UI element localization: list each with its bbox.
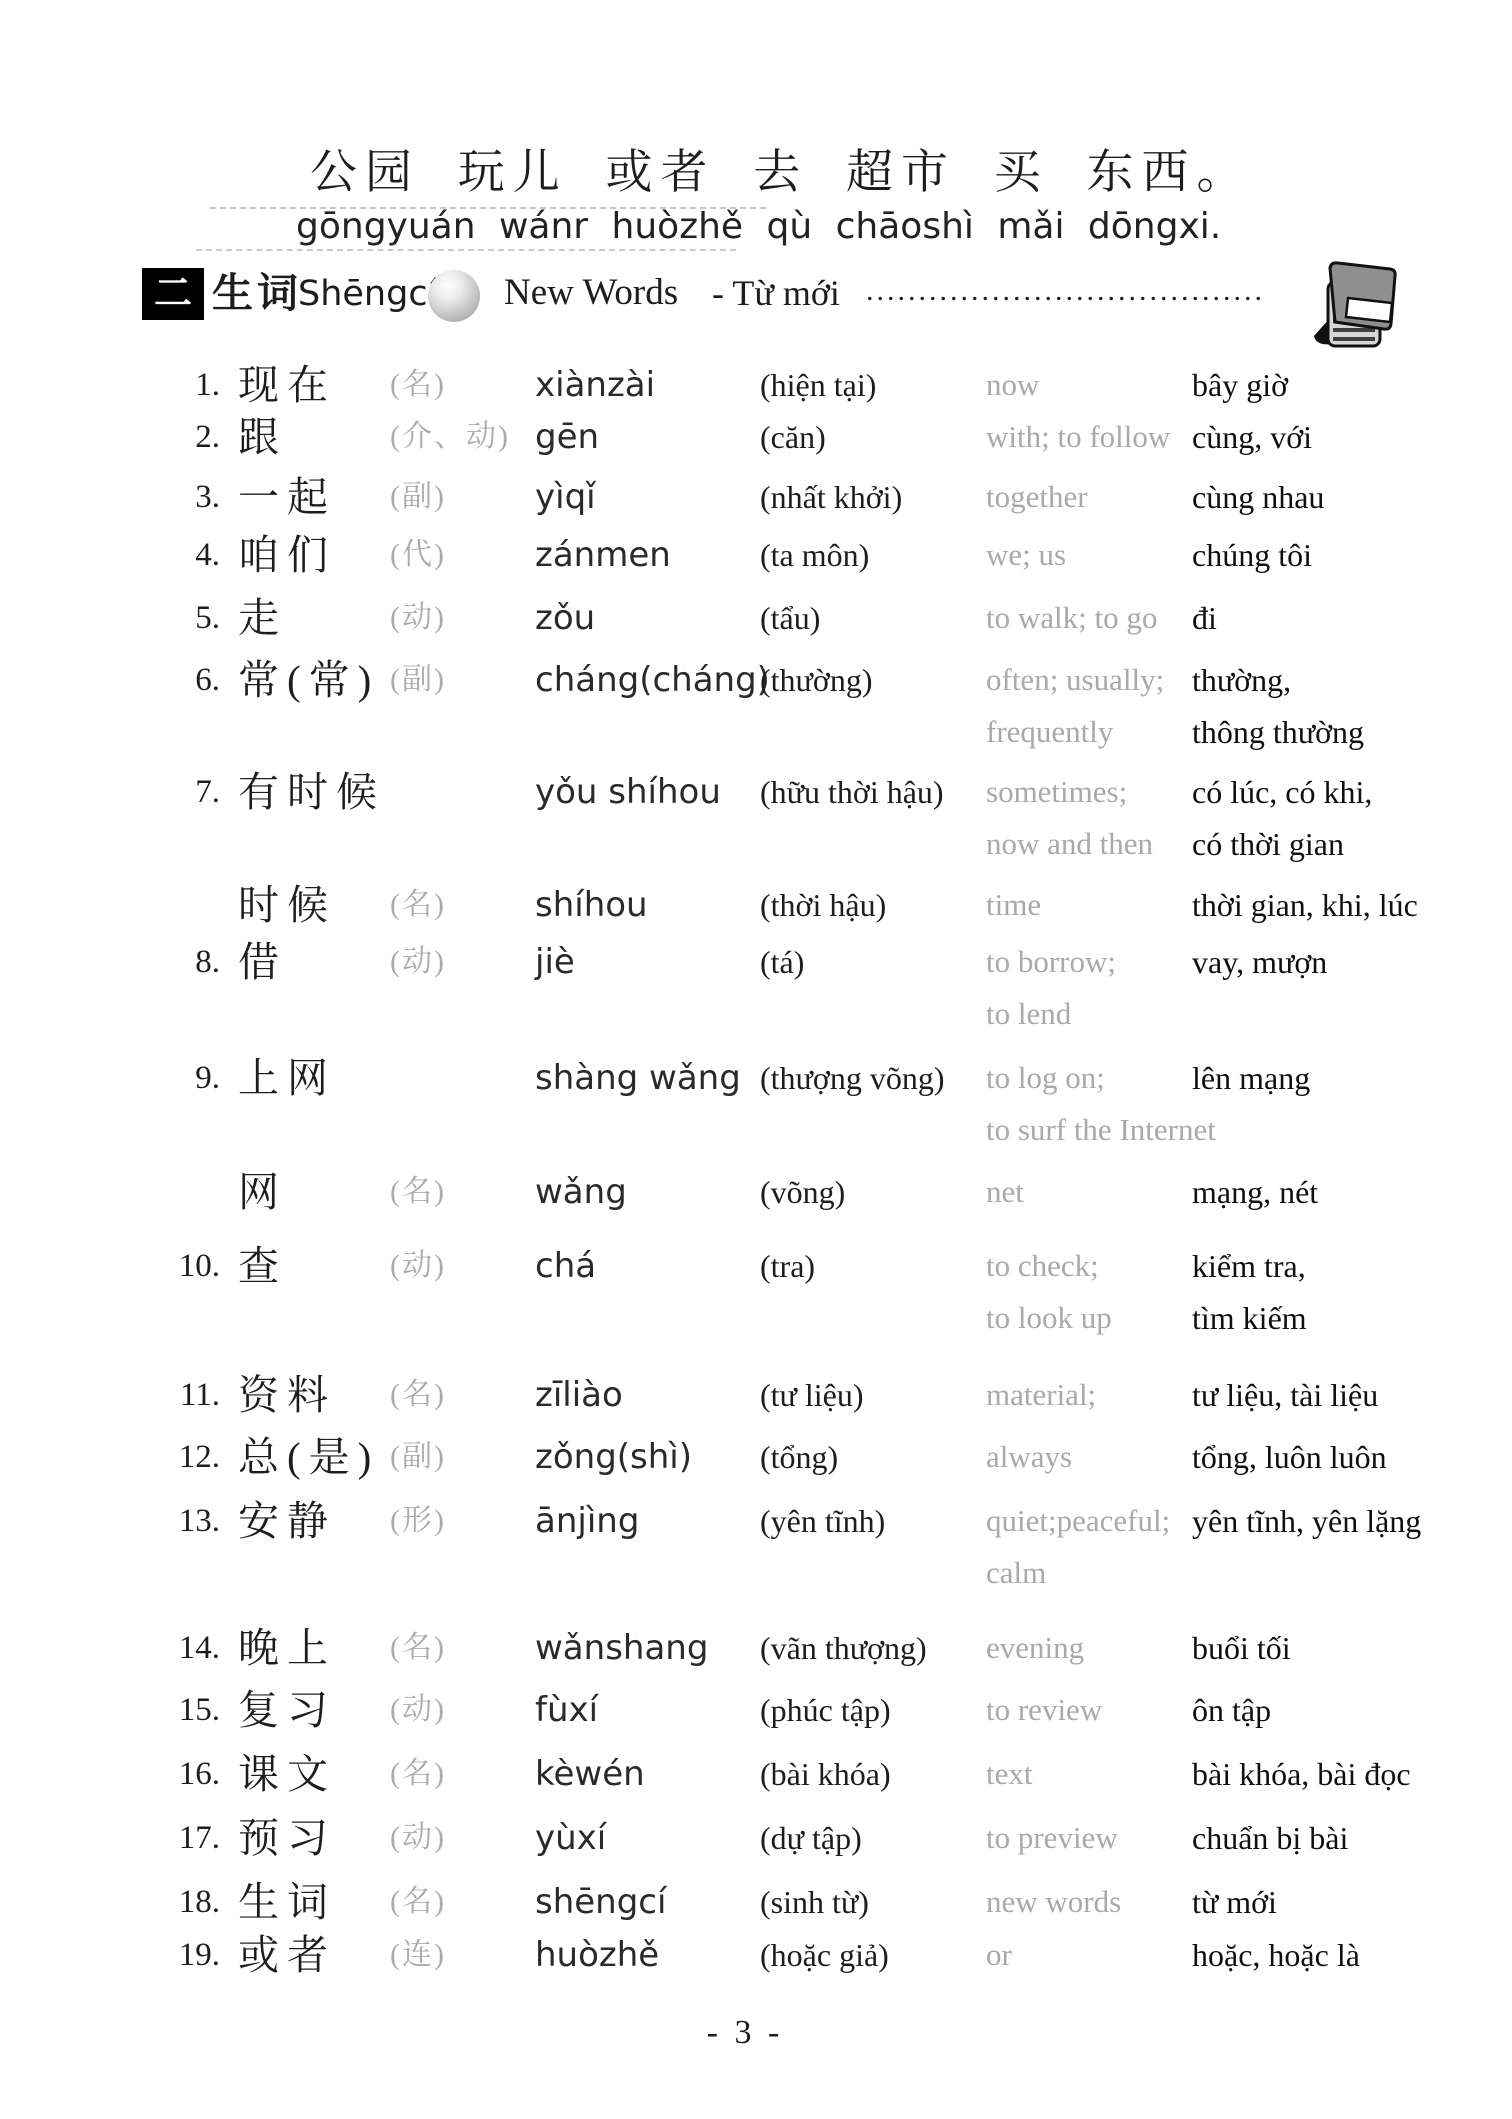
row-number: 13. [140, 1495, 220, 1547]
section-title-english: New Words [504, 268, 678, 320]
vocab-row: 15. 复习 (动) fùxí (phúc tập) to review ôn … [0, 1684, 1512, 1736]
row-vietnamese: yên tĩnh, yên lặng [1192, 1495, 1421, 1547]
row-vietnamese: thời gian, khi, lúc [1192, 879, 1418, 931]
row-sino-viet: (tá) [760, 936, 804, 988]
textbook-page: 公园 玩儿 或者 去 超市 买 东西。 gōngyuán wánr huòzhě… [0, 0, 1512, 2119]
row-pos: (名) [390, 1748, 446, 1800]
row-sino-viet: (hoặc giả) [760, 1929, 889, 1981]
row-pinyin: zǒng(shì) [535, 1431, 692, 1483]
row-english: with; to follow [986, 411, 1170, 463]
vocab-row: 11. 资料 (名) zīliào (tư liệu) material; tư… [0, 1369, 1512, 1421]
vocab-row: 5. 走 (动) zǒu (tẩu) to walk; to go đi [0, 592, 1512, 644]
row-sino-viet: (thượng võng) [760, 1052, 944, 1104]
flipchart-notepad-icon [1304, 260, 1404, 354]
row-hanzi: 跟 [238, 411, 287, 463]
row-pos: (名) [390, 1622, 446, 1674]
row-number: 8. [140, 936, 220, 988]
row-number: 19. [140, 1929, 220, 1981]
row-number: 12. [140, 1431, 220, 1483]
row-vietnamese: bây giờ [1192, 359, 1288, 411]
row-hanzi: 常(常) [238, 654, 379, 706]
row-pinyin: yǒu shíhou [535, 766, 721, 818]
vocab-row: 2. 跟 (介、动) gēn (căn) with; to follow cùn… [0, 411, 1512, 463]
row-number: 18. [140, 1876, 220, 1928]
row-vietnamese: buổi tối [1192, 1622, 1291, 1674]
row-hanzi: 生词 [238, 1876, 336, 1928]
row-hanzi: 预习 [238, 1812, 336, 1864]
row-hanzi: 一起 [238, 471, 336, 523]
row-sino-viet: (phúc tập) [760, 1684, 891, 1736]
row-english: to walk; to go [986, 592, 1157, 644]
row-sino-viet: (tẩu) [760, 592, 820, 644]
vocab-subrow: 时候 (名) shíhou (thời hậu) time thời gian,… [0, 879, 1512, 931]
vocab-row: 10. 查 (动) chá (tra) to check;to look up … [0, 1240, 1512, 1292]
row-pinyin: yùxí [535, 1812, 606, 1864]
row-number: 6. [140, 654, 220, 706]
row-english: or [986, 1929, 1012, 1981]
row-pinyin: fùxí [535, 1684, 598, 1736]
row-pos: (动) [390, 1240, 446, 1292]
row-vietnamese: mạng, nét [1192, 1166, 1318, 1218]
row-pos: (代) [390, 529, 446, 581]
row-hanzi: 或者 [238, 1929, 336, 1981]
row-vietnamese: hoặc, hoặc là [1192, 1929, 1360, 1981]
row-pos: (副) [390, 654, 446, 706]
vocab-row: 3. 一起 (副) yìqǐ (nhất khởi) together cùng… [0, 471, 1512, 523]
row-sino-viet: (sinh từ) [760, 1876, 869, 1928]
row-pinyin: huòzhě [535, 1929, 659, 1981]
row-hanzi: 总(是) [238, 1431, 379, 1483]
row-pos: (介、动) [390, 411, 510, 463]
vocab-row: 8. 借 (动) jiè (tá) to borrow;to lend vay,… [0, 936, 1512, 988]
row-pos: (名) [390, 359, 446, 411]
row-vietnamese: đi [1192, 592, 1217, 644]
row-vietnamese: có lúc, có khi,có thời gian [1192, 766, 1372, 870]
row-number: 11. [140, 1369, 220, 1421]
row-vietnamese: ôn tập [1192, 1684, 1271, 1736]
row-english: quiet;peaceful;calm [986, 1495, 1170, 1599]
example-sentence-pinyin: gōngyuán wánr huòzhě qù chāoshì mǎi dōng… [296, 202, 1221, 252]
row-english: to check;to look up [986, 1240, 1112, 1344]
vocab-row: 18. 生词 (名) shēngcí (sinh từ) new words t… [0, 1876, 1512, 1928]
row-sino-viet: (bài khóa) [760, 1748, 891, 1800]
vocab-row: 14. 晚上 (名) wǎnshang (vãn thượng) evening… [0, 1622, 1512, 1674]
row-number: 15. [140, 1684, 220, 1736]
row-hanzi: 走 [238, 592, 287, 644]
row-vietnamese: tổng, luôn luôn [1192, 1431, 1387, 1483]
row-sino-viet: (dự tập) [760, 1812, 862, 1864]
vocab-row: 7. 有时候 yǒu shíhou (hữu thời hậu) sometim… [0, 766, 1512, 818]
row-hanzi: 借 [238, 936, 287, 988]
row-sino-viet: (ta môn) [760, 529, 869, 581]
row-sino-viet: (thời hậu) [760, 879, 886, 931]
row-sino-viet: (yên tĩnh) [760, 1495, 885, 1547]
row-number: 3. [140, 471, 220, 523]
row-pinyin: shíhou [535, 879, 648, 931]
row-sino-viet: (nhất khởi) [760, 471, 902, 523]
row-vietnamese: chúng tôi [1192, 529, 1312, 581]
section-title-hanzi: 生词 [212, 268, 302, 320]
row-hanzi: 时候 [238, 879, 336, 931]
row-vietnamese: kiểm tra,tìm kiếm [1192, 1240, 1307, 1344]
row-pos: (名) [390, 1166, 446, 1218]
row-sino-viet: (thường) [760, 654, 872, 706]
row-hanzi: 安静 [238, 1495, 336, 1547]
row-english: time [986, 879, 1041, 931]
row-hanzi: 咱们 [238, 529, 336, 581]
dotted-leader: ...................................... [866, 268, 1265, 320]
vocab-row: 6. 常(常) (副) cháng(cháng) (thường) often;… [0, 654, 1512, 706]
row-pinyin: zánmen [535, 529, 671, 581]
row-sino-viet: (hữu thời hậu) [760, 766, 944, 818]
vocab-row: 17. 预习 (动) yùxí (dự tập) to preview chuẩ… [0, 1812, 1512, 1864]
row-vietnamese: vay, mượn [1192, 936, 1327, 988]
vocab-row: 9. 上网 shàng wǎng (thượng võng) to log on… [0, 1052, 1512, 1104]
row-vietnamese: từ mới [1192, 1876, 1277, 1928]
vocab-row: 19. 或者 (连) huòzhě (hoặc giả) or hoặc, ho… [0, 1929, 1512, 1981]
row-pinyin: cháng(cháng) [535, 654, 770, 706]
row-english: sometimes;now and then [986, 766, 1153, 870]
row-vietnamese: bài khóa, bài đọc [1192, 1748, 1411, 1800]
row-pos: (名) [390, 1876, 446, 1928]
row-pinyin: ānjìng [535, 1495, 639, 1547]
row-sino-viet: (căn) [760, 411, 826, 463]
row-english: to log on;to surf the Internet [986, 1052, 1216, 1156]
row-sino-viet: (tra) [760, 1240, 815, 1292]
row-vietnamese: thường,thông thường [1192, 654, 1364, 758]
row-hanzi: 上网 [238, 1052, 336, 1104]
row-sino-viet: (võng) [760, 1166, 845, 1218]
row-pinyin: jiè [535, 936, 575, 988]
row-pos: (形) [390, 1495, 446, 1547]
row-number: 10. [140, 1240, 220, 1292]
row-english: now [986, 359, 1039, 411]
section-number-badge: 二 [142, 268, 204, 320]
row-number: 4. [140, 529, 220, 581]
row-hanzi: 晚上 [238, 1622, 336, 1674]
row-english: evening [986, 1622, 1084, 1674]
row-pinyin: shàng wǎng [535, 1052, 741, 1104]
row-sino-viet: (hiện tại) [760, 359, 876, 411]
row-pos: (动) [390, 1684, 446, 1736]
row-pinyin: zīliào [535, 1369, 623, 1421]
row-number: 1. [140, 359, 220, 411]
row-hanzi: 课文 [238, 1748, 336, 1800]
vocab-row: 12. 总(是) (副) zǒng(shì) (tổng) always tổn… [0, 1431, 1512, 1483]
row-vietnamese: cùng nhau [1192, 471, 1324, 523]
row-pos: (连) [390, 1929, 446, 1981]
row-english: often; usually;frequently [986, 654, 1164, 758]
row-pinyin: chá [535, 1240, 596, 1292]
row-vietnamese: tư liệu, tài liệu [1192, 1369, 1378, 1421]
row-pinyin: shēngcí [535, 1876, 666, 1928]
row-hanzi: 网 [238, 1166, 287, 1218]
row-english: material; [986, 1369, 1096, 1421]
row-vietnamese: cùng, với [1192, 411, 1312, 463]
example-sentence-hanzi: 公园 玩儿 或者 去 超市 买 东西。 [310, 144, 1252, 202]
row-english: we; us [986, 529, 1066, 581]
row-number: 9. [140, 1052, 220, 1104]
row-number: 7. [140, 766, 220, 818]
row-sino-viet: (tổng) [760, 1431, 838, 1483]
row-pos: (名) [390, 1369, 446, 1421]
row-english: net [986, 1166, 1024, 1218]
row-english: always [986, 1431, 1072, 1483]
row-english: to preview [986, 1812, 1118, 1864]
row-english: text [986, 1748, 1033, 1800]
row-hanzi: 有时候 [238, 766, 385, 818]
row-pos: (副) [390, 471, 446, 523]
row-vietnamese: chuẩn bị bài [1192, 1812, 1348, 1864]
row-english: new words [986, 1876, 1121, 1928]
page-number: - 3 - [600, 2008, 890, 2058]
row-pos: (名) [390, 879, 446, 931]
row-sino-viet: (tư liệu) [760, 1369, 864, 1421]
row-number: 14. [140, 1622, 220, 1674]
row-pos: (副) [390, 1431, 446, 1483]
section-title-vietnamese: - Từ mới [712, 268, 840, 320]
vocab-row: 1. 现在 (名) xiànzài (hiện tại) now bây giờ [0, 359, 1512, 411]
row-english: together [986, 471, 1088, 523]
vocab-subrow: 网 (名) wǎng (võng) net mạng, nét [0, 1166, 1512, 1218]
row-pinyin: yìqǐ [535, 471, 596, 523]
row-hanzi: 复习 [238, 1684, 336, 1736]
row-sino-viet: (vãn thượng) [760, 1622, 927, 1674]
vocab-row: 4. 咱们 (代) zánmen (ta môn) we; us chúng t… [0, 529, 1512, 581]
row-pos: (动) [390, 1812, 446, 1864]
row-hanzi: 资料 [238, 1369, 336, 1421]
row-pinyin: kèwén [535, 1748, 645, 1800]
row-number: 17. [140, 1812, 220, 1864]
row-pinyin: wǎng [535, 1166, 627, 1218]
row-number: 16. [140, 1748, 220, 1800]
row-number: 2. [140, 411, 220, 463]
row-hanzi: 现在 [238, 359, 336, 411]
vocab-row: 16. 课文 (名) kèwén (bài khóa) text bài khó… [0, 1748, 1512, 1800]
section-header: 二 生词 Shēngcí New Words - Từ mới ........… [0, 268, 1512, 324]
row-pinyin: xiànzài [535, 359, 655, 411]
row-pos: (动) [390, 936, 446, 988]
section-title-pinyin: Shēngcí [298, 268, 437, 320]
vocab-row: 13. 安静 (形) ānjìng (yên tĩnh) quiet;peace… [0, 1495, 1512, 1547]
sphere-bullet-icon [428, 270, 480, 322]
row-english: to review [986, 1684, 1102, 1736]
row-english: to borrow;to lend [986, 936, 1116, 1040]
row-vietnamese: lên mạng [1192, 1052, 1310, 1104]
row-pos: (动) [390, 592, 446, 644]
row-hanzi: 查 [238, 1240, 287, 1292]
row-pinyin: wǎnshang [535, 1622, 708, 1674]
row-number: 5. [140, 592, 220, 644]
row-pinyin: gēn [535, 411, 599, 463]
row-pinyin: zǒu [535, 592, 595, 644]
